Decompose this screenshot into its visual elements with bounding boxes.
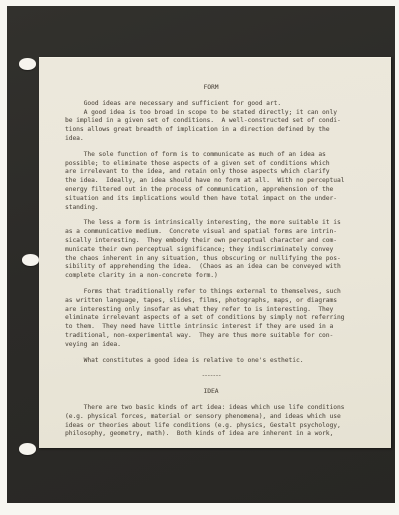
- paragraph-good-ideas: Good ideas are necessary and sufficient …: [65, 100, 357, 144]
- section-divider: -------: [65, 372, 357, 381]
- document-page: FORM Good ideas are necessary and suffic…: [39, 57, 391, 448]
- paragraph-less-a-form: The less a form is intrinsically interes…: [65, 219, 357, 281]
- black-mount-board: FORM Good ideas are necessary and suffic…: [7, 6, 395, 503]
- punch-hole-bottom: [19, 443, 36, 455]
- typewritten-text: FORM Good ideas are necessary and suffic…: [65, 84, 357, 446]
- paragraph-sole-function: The sole function of form is to communic…: [65, 151, 357, 213]
- section-title-idea: IDEA: [65, 388, 357, 397]
- paragraph-what-constitutes: What constitutes a good idea is relative…: [65, 357, 357, 366]
- punch-hole-top: [19, 58, 36, 70]
- paragraph-two-kinds: There are two basic kinds of art idea: i…: [65, 404, 357, 439]
- punch-hole-middle: [22, 254, 39, 266]
- paragraph-forms-that-refer: Forms that traditionally refer to things…: [65, 288, 357, 350]
- section-title-form: FORM: [65, 84, 357, 93]
